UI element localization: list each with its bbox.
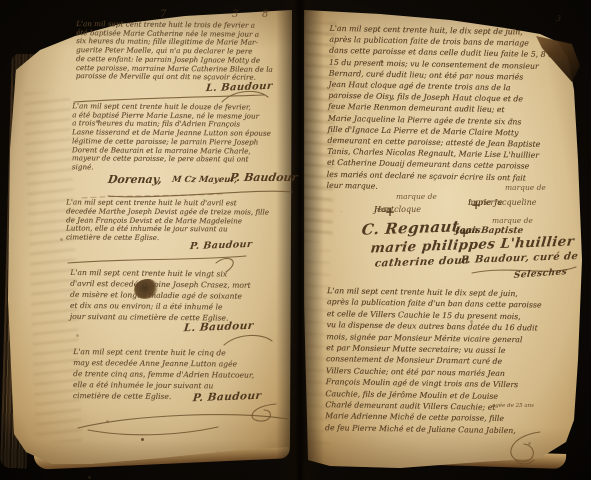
- signature-baudour-2: P. Baudour: [229, 171, 298, 184]
- baptism-entry-1: L'an mil sept cent trente huit le trois …: [76, 20, 301, 83]
- marriage-entry-2: L'an mil sept cent trente huit le dix se…: [325, 285, 569, 437]
- entry-separator-line: [68, 252, 250, 268]
- marriage-entry-1: L'an mil sept cent trente huit, le dix s…: [326, 23, 569, 196]
- manuscript-scan: 7 3 8 L'an mil sept cent trente huit le …: [0, 0, 591, 480]
- end-flourish-swoosh-2: [86, 423, 222, 441]
- signature-dorenay: Dorenay,: [107, 173, 163, 186]
- signature-baudour-5: P. Baudour: [192, 390, 262, 404]
- mark-caption: marque de: [396, 192, 437, 201]
- baptism-entry-2: L'an mil sept cent trente huit le douze …: [72, 102, 298, 173]
- signature-regnaut: C. Regnaut: [361, 217, 460, 238]
- tanis-last-name: tanis: [455, 226, 481, 236]
- ink-dot: [141, 438, 144, 441]
- year-digit: 8: [262, 9, 268, 20]
- signature-flourish: [222, 331, 276, 349]
- age-annotation: agée de 25 ans: [492, 403, 534, 409]
- bride-last-name: Lapierre: [468, 198, 503, 207]
- groom-last-name: Hautcloque: [374, 205, 421, 214]
- signature-mayeur: M Cz Mayeur,: [171, 175, 238, 185]
- year-digit: 7: [160, 9, 166, 20]
- mark-caption: marque de: [492, 216, 533, 225]
- mark-caption: marque de: [505, 183, 546, 192]
- end-flourish-loop: [496, 430, 548, 468]
- signature-baudour-4: L. Baudour: [183, 320, 254, 334]
- signature-baudour-3: P. Baudour: [189, 239, 253, 252]
- burial-entry-1: L'an mil sept cent trente huit le huit d…: [66, 198, 296, 243]
- page-number: 3: [556, 14, 561, 23]
- year-digit: 3: [232, 9, 238, 20]
- burial-entry-3: L'an mil sept cent trente huit le cinq d…: [73, 346, 295, 403]
- burial-entry-2: L'an mil sept cent trente huit le vingt …: [70, 267, 297, 324]
- witness-signature-row: Dorenay, M Cz Mayeur, P. Baudour: [108, 171, 304, 191]
